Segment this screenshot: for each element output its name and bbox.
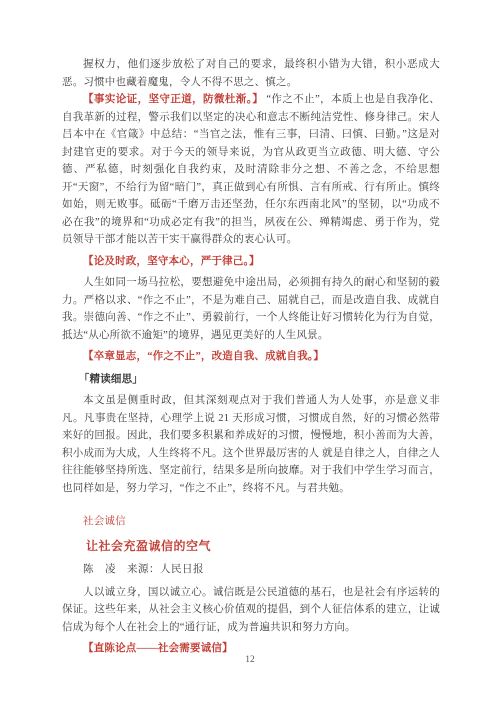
paragraph-continuation: 握权力，他们逐步放松了对自己的要求，最终积小错为大错，积小恶成大恶。习惯中也藏着…: [62, 56, 440, 91]
article-title: 让社会充盈诚信的空气: [62, 538, 440, 556]
paragraph-fact-argument-text: “作之不止”，本质上也是自我净化、自我革新的过程，警示我们以坚定的决心和意志不断…: [62, 94, 440, 245]
page-number: 12: [0, 655, 500, 665]
reading-section-header: 「精读细思」: [62, 371, 440, 389]
paragraph-commentary: 本文虽是侧重时政，但其深刻观点对于我们普通人为人处事，亦是意义非凡。凡事贵在坚持…: [62, 392, 440, 497]
article-byline: 陈 凌 来源：人民日报: [62, 561, 440, 579]
annotation-ending: 【卒章显志，“作之不止”，改造自我、成就自我。】: [62, 348, 440, 366]
page-content: 握权力，他们逐步放松了对自己的要求，最终积小错为大错，积小恶成大恶。习惯中也藏着…: [0, 0, 500, 658]
annotation-politics: 【论及时政，坚守本心，严于律己。】: [62, 253, 440, 271]
document-page: 握权力，他们逐步放松了对自己的要求，最终积小错为大错，积小恶成大恶。习惯中也藏着…: [0, 0, 500, 707]
annotation-fact-argument: 【事实论证，坚守正道，防微杜渐。】: [83, 94, 263, 105]
paragraph-fact-argument: 【事实论证，坚守正道，防微杜渐。】 “作之不止”，本质上也是自我净化、自我革新的…: [62, 91, 440, 249]
section-label: 社会诚信: [62, 513, 440, 531]
paragraph-marathon: 人生如同一场马拉松，要想避免中途出局，必须拥有持久的耐心和坚韧的毅力。严格以求、…: [62, 274, 440, 344]
paragraph-integrity: 人以诚立身，国以诚立心。诚信既是公民道德的基石，也是社会有序运转的保证。这些年来…: [62, 584, 440, 637]
section-social-integrity: 社会诚信 让社会充盈诚信的空气 陈 凌 来源：人民日报 人以诚立身，国以诚立心。…: [62, 513, 440, 658]
